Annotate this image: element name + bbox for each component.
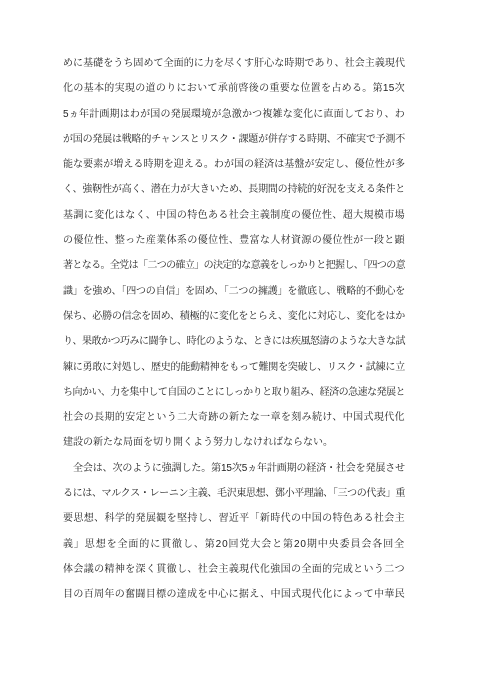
text-line: 練に勇敢に対処し、歴史的能動精神をもって難関を突破し、リスク・試練に立 <box>63 355 405 380</box>
text-line-content: の優位性、整った産業体系の優位性、豊富な人材資源の優位性が一段と顕 <box>63 228 405 253</box>
text-line-content: 練に勇敢に対処し、歴史的能動精神をもって難関を突破し、リスク・試練に立 <box>63 355 405 380</box>
text-line-content: 能な要素が増える時期を迎える。わが国の経済は基盤が安定し、優位性が多 <box>63 152 405 177</box>
text-line: 化の基本的実現の道のりにおいて承前啓後の重要な位置を占める。第15次 <box>63 76 405 101</box>
text-line: 社会の長期的安定という二大奇跡の新たな一章を刻み続け、中国式現代化 <box>63 405 405 430</box>
text-line: ち向かい、力を集中して自国のことにしっかりと取り組み、経済の急速な発展と <box>63 380 405 405</box>
text-line: 目の百周年の奮闘目標の達成を中心に据え、中国式現代化によって中華民 <box>63 582 405 607</box>
document-body: めに基礎をうち固めて全面的に力を尽くす肝心な時期であり、社会主義現代化の基本的実… <box>63 51 405 608</box>
text-line-content: 目の百周年の奮闘目標の達成を中心に据え、中国式現代化によって中華民 <box>63 582 405 607</box>
text-line: めに基礎をうち固めて全面的に力を尽くす肝心な時期であり、社会主義現代 <box>63 51 405 76</box>
text-line: り、果敢かつ巧みに闘争し、時化のような、ときには疾風怒濤のような大きな試 <box>63 329 405 354</box>
text-line-content: 基調に変化はなく、中国の特色ある社会主義制度の優位性、超大規模市場 <box>63 203 405 228</box>
text-line-content: 体会議の精神を深く貫徹し、社会主義現代化強国の全面的完成という二つ <box>63 557 405 582</box>
text-line: 能な要素が増える時期を迎える。わが国の経済は基盤が安定し、優位性が多 <box>63 152 405 177</box>
text-line: 全会は、次のように強調した。第15次5ヵ年計画期の経済・社会を発展させ <box>63 456 405 481</box>
text-line: 義」思想を全面的に貫徹し、第20回党大会と第20期中央委員会各回全 <box>63 532 405 557</box>
text-line-content: るには、マルクス・レーニン主義、毛沢東思想、鄧小平理論、「三つの代表」重 <box>63 481 405 506</box>
text-line-content: 識」を強め、「四つの自信」を固め、「二つの擁護」を徹底し、戦略的不動心を <box>63 279 405 304</box>
text-line-content: めに基礎をうち固めて全面的に力を尽くす肝心な時期であり、社会主義現代 <box>63 51 405 76</box>
text-line-content: 義」思想を全面的に貫徹し、第20回党大会と第20期中央委員会各回全 <box>63 532 405 557</box>
text-line-content: が国の発展は戦略的チャンスとリスク・課題が併存する時期、不確実で予測不 <box>63 127 405 152</box>
text-line-content: 著となる。全党は「二つの確立」の決定的な意義をしっかりと把握し、「四つの意 <box>63 253 405 278</box>
text-line: く、強靭性が高く、潜在力が大きいため、長期間の持続的好況を支える条件と <box>63 177 405 202</box>
text-line: 体会議の精神を深く貫徹し、社会主義現代化強国の全面的完成という二つ <box>63 557 405 582</box>
text-line: が国の発展は戦略的チャンスとリスク・課題が併存する時期、不確実で予測不 <box>63 127 405 152</box>
text-line-content: 建設の新たな局面を切り開くよう努力しなければならない。 <box>63 430 333 455</box>
text-line-content: 社会の長期的安定という二大奇跡の新たな一章を刻み続け、中国式現代化 <box>63 405 405 430</box>
text-line-content: り、果敢かつ巧みに闘争し、時化のような、ときには疾風怒濤のような大きな試 <box>63 329 405 354</box>
text-line-content: 要思想、科学的発展観を堅持し、習近平「新時代の中国の特色ある社会主 <box>63 506 405 531</box>
text-line-content: く、強靭性が高く、潜在力が大きいため、長期間の持続的好況を支える条件と <box>63 177 405 202</box>
text-line: 要思想、科学的発展観を堅持し、習近平「新時代の中国の特色ある社会主 <box>63 506 405 531</box>
text-line-content: ち向かい、力を集中して自国のことにしっかりと取り組み、経済の急速な発展と <box>63 380 405 405</box>
text-line: 保ち、必勝の信念を固め、積極的に変化をとらえ、変化に対応し、変化をはか <box>63 304 405 329</box>
text-line-content: 全会は、次のように強調した。第15次5ヵ年計画期の経済・社会を発展させ <box>73 456 405 481</box>
text-line: 5ヵ年計画期はわが国の発展環境が急激かつ複雑な変化に直面しており、わ <box>63 102 405 127</box>
text-line: の優位性、整った産業体系の優位性、豊富な人材資源の優位性が一段と顕 <box>63 228 405 253</box>
text-line: 基調に変化はなく、中国の特色ある社会主義制度の優位性、超大規模市場 <box>63 203 405 228</box>
text-line-content: 5ヵ年計画期はわが国の発展環境が急激かつ複雑な変化に直面しており、わ <box>63 102 405 127</box>
text-line-content: 化の基本的実現の道のりにおいて承前啓後の重要な位置を占める。第15次 <box>63 76 405 101</box>
text-line: 著となる。全党は「二つの確立」の決定的な意義をしっかりと把握し、「四つの意 <box>63 253 405 278</box>
text-line: るには、マルクス・レーニン主義、毛沢東思想、鄧小平理論、「三つの代表」重 <box>63 481 405 506</box>
text-line: 建設の新たな局面を切り開くよう努力しなければならない。 <box>63 430 405 455</box>
text-line-content: 保ち、必勝の信念を固め、積極的に変化をとらえ、変化に対応し、変化をはか <box>63 304 405 329</box>
document-page: めに基礎をうち固めて全面的に力を尽くす肝心な時期であり、社会主義現代化の基本的実… <box>0 0 480 679</box>
text-line: 識」を強め、「四つの自信」を固め、「二つの擁護」を徹底し、戦略的不動心を <box>63 279 405 304</box>
